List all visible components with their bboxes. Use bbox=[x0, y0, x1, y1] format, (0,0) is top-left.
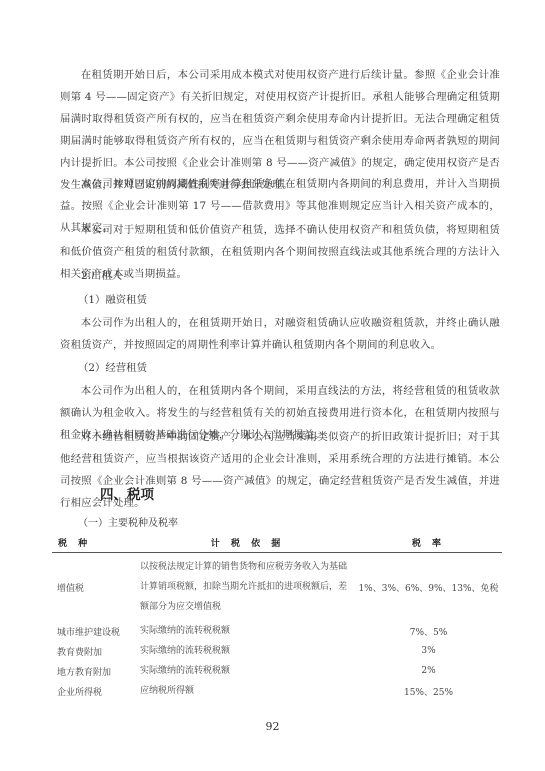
cell-tax-type: 城市维护建设税 bbox=[52, 621, 140, 641]
page-number: 92 bbox=[0, 720, 545, 733]
lessor-heading: 2.出租人 bbox=[81, 265, 122, 287]
cell-tax-basis: 应纳税所得额 bbox=[140, 681, 355, 701]
section-title-taxes: 四、税项 bbox=[100, 483, 154, 503]
table-row: 增值税 以按税法规定计算的销售货物和应税劳务收入为基础计算销项税额，扣除当期允许… bbox=[52, 553, 502, 622]
cell-tax-rate: 3% bbox=[355, 641, 502, 661]
operating-lease-heading: （2）经营租赁 bbox=[78, 357, 147, 379]
cell-tax-rate: 1%、3%、6%、9%、13%、免税 bbox=[355, 553, 502, 622]
table-row: 教育费附加 实际缴纳的流转税税额 3% bbox=[52, 641, 502, 661]
table-row: 地方教育附加 实际缴纳的流转税税额 2% bbox=[52, 661, 502, 681]
tax-rate-table: 税 种 计 税 依 据 税 率 增值税 以按税法规定计算的销售货物和应税劳务收入… bbox=[52, 534, 502, 701]
paragraph-short-term-lease: 本公司对于短期租赁和低价值资产租赁，选择不确认使用权资产和租赁负债，将短期租赁和… bbox=[60, 219, 500, 285]
cell-tax-type: 增值税 bbox=[52, 553, 140, 622]
cell-tax-type: 企业所得税 bbox=[52, 681, 140, 701]
header-tax-basis: 计 税 依 据 bbox=[140, 534, 355, 553]
table-header-row: 税 种 计 税 依 据 税 率 bbox=[52, 534, 502, 553]
cell-tax-rate: 15%、25% bbox=[355, 681, 502, 701]
header-tax-type: 税 种 bbox=[52, 534, 140, 553]
cell-tax-basis: 实际缴纳的流转税税额 bbox=[140, 641, 355, 661]
cell-tax-basis: 实际缴纳的流转税税额 bbox=[140, 621, 355, 641]
paragraph-finance-lease: 本公司作为出租人的，在租赁期开始日，对融资租赁确认应收融资租赁款，并终止确认融资… bbox=[60, 312, 500, 356]
table-row: 城市维护建设税 实际缴纳的流转税税额 7%、5% bbox=[52, 621, 502, 641]
cell-tax-type: 教育费附加 bbox=[52, 641, 140, 661]
header-tax-rate: 税 率 bbox=[355, 534, 502, 553]
cell-tax-rate: 7%、5% bbox=[355, 621, 502, 641]
table-row: 企业所得税 应纳税所得额 15%、25% bbox=[52, 681, 502, 701]
cell-tax-basis: 实际缴纳的流转税税额 bbox=[140, 661, 355, 681]
cell-tax-type: 地方教育附加 bbox=[52, 661, 140, 681]
cell-tax-rate: 2% bbox=[355, 661, 502, 681]
document-page: 在租赁期开始日后，本公司采用成本模式对使用权资产进行后续计量。参照《企业会计准则… bbox=[0, 0, 545, 771]
section-subtitle-tax-rates: （一）主要税种及税率 bbox=[78, 514, 178, 529]
cell-tax-basis: 以按税法规定计算的销售货物和应税劳务收入为基础计算销项税额，扣除当期允许抵扣的进… bbox=[140, 553, 355, 622]
finance-lease-heading: （1）融资租赁 bbox=[78, 289, 147, 311]
